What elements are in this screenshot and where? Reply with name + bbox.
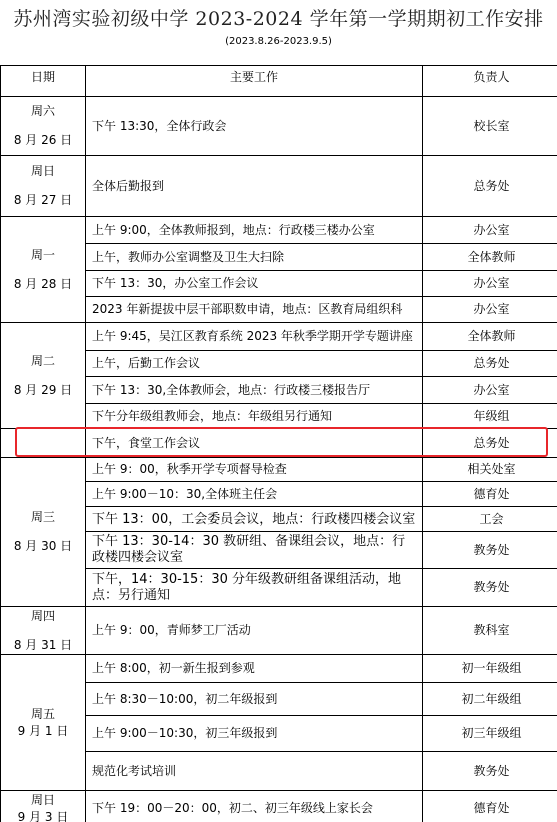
document-date-range: (2023.8.26-2023.9.5) xyxy=(0,36,557,47)
date-label: 9 月 1 日 xyxy=(3,723,83,740)
work-cell: 下午 19：00－20：00，初二、初三年级线上家长会 xyxy=(86,791,423,822)
owner-cell: 总务处 xyxy=(423,156,557,217)
work-cell: 下午，14：30-15：30 分年级教研组备课组活动，地点：另行通知 xyxy=(86,569,423,607)
owner-cell: 相关处室 xyxy=(423,458,557,482)
date-cell: 周三 8 月 30 日 xyxy=(1,458,86,607)
work-cell: 上午 9:00，全体教师报到，地点：行政楼三楼办公室 xyxy=(86,217,423,244)
weekday-label: 周四 xyxy=(3,608,83,625)
work-cell: 下午 13：30,全体教师会，地点：行政楼三楼报告厅 xyxy=(86,377,423,404)
table-row: 周日 8 月 27 日 全体后勤报到 总务处 xyxy=(1,156,557,217)
date-label: 8 月 26 日 xyxy=(3,132,83,149)
work-cell: 上午 9：00，青师梦工厂活动 xyxy=(86,607,423,655)
work-cell: 下午 13:30，全体行政会 xyxy=(86,97,423,156)
table-row: 周一 8 月 28 日 上午 9:00，全体教师报到，地点：行政楼三楼办公室 办… xyxy=(1,217,557,244)
document-title: 苏州湾实验初级中学 2023-2024 学年第一学期期初工作安排 xyxy=(0,4,557,31)
date-label: 9 月 3 日 xyxy=(3,809,83,822)
owner-cell: 教科室 xyxy=(423,607,557,655)
work-cell: 上午 9:00－10：30,全体班主任会 xyxy=(86,482,423,507)
work-cell: 全体后勤报到 xyxy=(86,156,423,217)
owner-cell: 教务处 xyxy=(423,532,557,569)
weekday-label: 周一 xyxy=(3,247,83,264)
owner-cell: 总务处 xyxy=(423,429,557,458)
header-owner: 负责人 xyxy=(423,66,557,97)
weekday-label: 周二 xyxy=(3,353,83,370)
weekday-label: 周六 xyxy=(3,103,83,120)
weekday-label: 周五 xyxy=(3,706,83,723)
work-cell: 上午，后勤工作会议 xyxy=(86,351,423,377)
table-row-highlighted: 下午，食堂工作会议 总务处 xyxy=(1,429,557,458)
table-row: 周日 9 月 3 日 下午 19：00－20：00，初二、初三年级线上家长会 德… xyxy=(1,791,557,822)
work-cell: 上午 9：00，秋季开学专项督导检查 xyxy=(86,458,423,482)
work-cell: 2023 年新提拔中层干部职数申请，地点：区教育局组织科 xyxy=(86,297,423,323)
work-cell: 上午 9:45，吴江区教育系统 2023 年秋季学期开学专题讲座 xyxy=(86,323,423,351)
owner-cell: 办公室 xyxy=(423,377,557,404)
owner-cell: 校长室 xyxy=(423,97,557,156)
date-label: 8 月 28 日 xyxy=(3,276,83,293)
owner-cell: 年级组 xyxy=(423,404,557,429)
owner-cell: 办公室 xyxy=(423,297,557,323)
table-row: 周三 8 月 30 日 上午 9：00，秋季开学专项督导检查 相关处室 xyxy=(1,458,557,482)
work-cell: 下午 13：00，工会委员会议，地点：行政楼四楼会议室 xyxy=(86,507,423,532)
date-label: 8 月 29 日 xyxy=(3,382,83,399)
table-row: 周二 8 月 29 日 上午 9:45，吴江区教育系统 2023 年秋季学期开学… xyxy=(1,323,557,351)
weekday-label: 周日 xyxy=(3,163,83,180)
work-cell: 上午 8:00，初一新生报到参观 xyxy=(86,655,423,683)
date-cell-empty xyxy=(1,429,86,458)
schedule-table: 日期 主要工作 负责人 周六 8 月 26 日 下午 13:30，全体行政会 校… xyxy=(0,65,557,822)
owner-cell: 初三年级组 xyxy=(423,716,557,752)
work-cell: 下午 13：30，办公室工作会议 xyxy=(86,271,423,297)
owner-cell: 全体教师 xyxy=(423,323,557,351)
date-cell: 周五 9 月 1 日 xyxy=(1,655,86,791)
date-cell: 周日 8 月 27 日 xyxy=(1,156,86,217)
work-cell: 上午 8:30－10:00，初二年级报到 xyxy=(86,683,423,716)
header-date: 日期 xyxy=(1,66,86,97)
owner-cell: 初一年级组 xyxy=(423,655,557,683)
owner-cell: 总务处 xyxy=(423,351,557,377)
work-cell: 上午，教师办公室调整及卫生大扫除 xyxy=(86,244,423,271)
owner-cell: 办公室 xyxy=(423,217,557,244)
weekday-label: 周三 xyxy=(3,509,83,526)
date-label: 8 月 27 日 xyxy=(3,192,83,209)
table-row: 周六 8 月 26 日 下午 13:30，全体行政会 校长室 xyxy=(1,97,557,156)
header-work: 主要工作 xyxy=(86,66,423,97)
date-cell: 周日 9 月 3 日 xyxy=(1,791,86,822)
table-row: 周五 9 月 1 日 上午 8:00，初一新生报到参观 初一年级组 xyxy=(1,655,557,683)
weekday-label: 周日 xyxy=(3,792,83,809)
work-cell: 上午 9:00－10:30，初三年级报到 xyxy=(86,716,423,752)
owner-cell: 工会 xyxy=(423,507,557,532)
owner-cell: 办公室 xyxy=(423,271,557,297)
date-cell: 周四 8 月 31 日 xyxy=(1,607,86,655)
owner-cell: 德育处 xyxy=(423,791,557,822)
owner-cell: 德育处 xyxy=(423,482,557,507)
owner-cell: 教务处 xyxy=(423,569,557,607)
owner-cell: 初二年级组 xyxy=(423,683,557,716)
date-cell: 周二 8 月 29 日 xyxy=(1,323,86,429)
table-row: 周四 8 月 31 日 上午 9：00，青师梦工厂活动 教科室 xyxy=(1,607,557,655)
date-label: 8 月 31 日 xyxy=(3,637,83,654)
work-cell: 下午分年级组教师会，地点：年级组另行通知 xyxy=(86,404,423,429)
work-cell: 下午 13：30-14：30 教研组、备课组会议，地点：行政楼四楼会议室 xyxy=(86,532,423,569)
work-cell: 下午，食堂工作会议 xyxy=(86,429,423,458)
work-cell: 规范化考试培训 xyxy=(86,752,423,791)
date-cell: 周六 8 月 26 日 xyxy=(1,97,86,156)
date-label: 8 月 30 日 xyxy=(3,538,83,555)
owner-cell: 全体教师 xyxy=(423,244,557,271)
table-header-row: 日期 主要工作 负责人 xyxy=(1,66,557,97)
date-cell: 周一 8 月 28 日 xyxy=(1,217,86,323)
owner-cell: 教务处 xyxy=(423,752,557,791)
